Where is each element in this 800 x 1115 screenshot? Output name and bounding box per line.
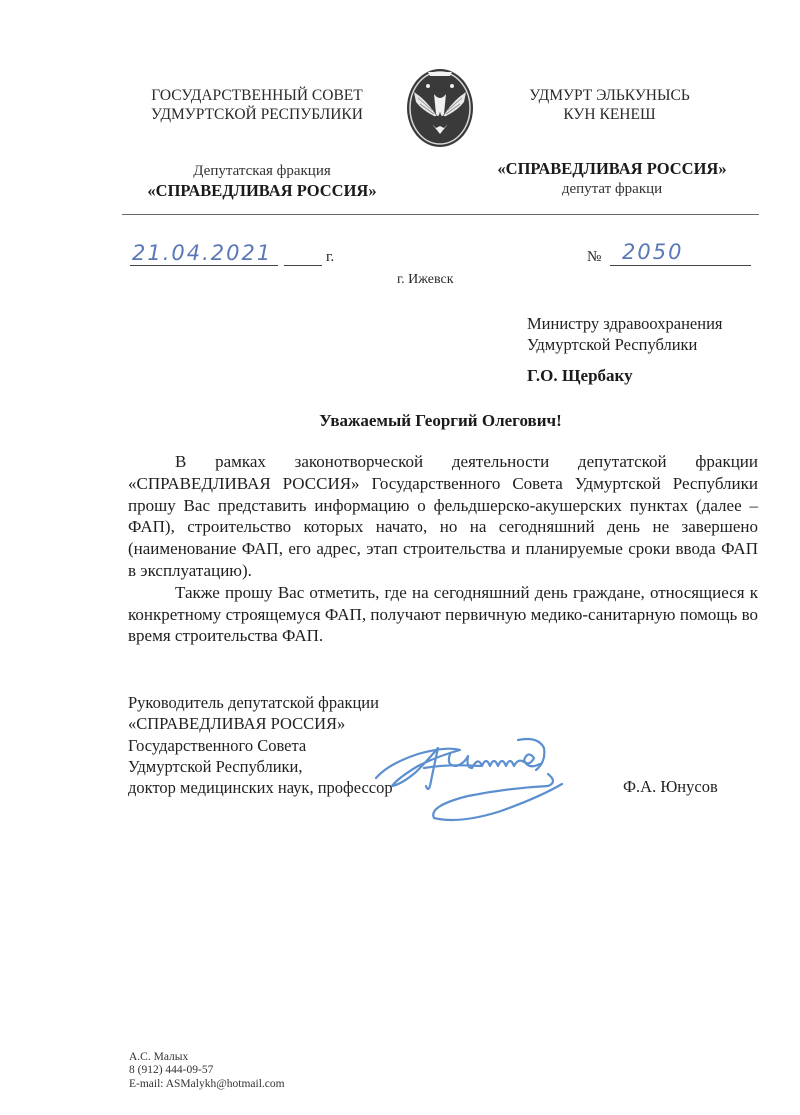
position-line: Государственного Совета — [128, 735, 393, 756]
body-paragraph: Также прошу Вас отметить, где на сегодня… — [128, 582, 758, 647]
executor-contacts: А.С. Малых 8 (912) 444-09-57 E-mail: ASM… — [129, 1051, 285, 1091]
body-paragraph: В рамках законотворческой деятельности д… — [128, 451, 758, 582]
position-line: Удмуртской Республики, — [128, 756, 393, 777]
fraction-label-right: «СПРАВЕДЛИВАЯ РОССИЯ» депутат фракци — [487, 159, 737, 199]
executor-phone: 8 (912) 444-09-57 — [129, 1064, 285, 1077]
executor-name: А.С. Малых — [129, 1051, 285, 1064]
addressee-position: Министру здравоохранения Удмуртской Респ… — [527, 313, 723, 355]
fraction-name: «СПРАВЕДЛИВАЯ РОССИЯ» — [122, 181, 402, 201]
position-line: Руководитель депутатской фракции — [128, 692, 393, 713]
date-underline — [130, 265, 278, 266]
org-name-line: Кун Кенеш — [492, 105, 727, 124]
addressee-name: Г.О. Щербаку — [527, 366, 633, 386]
executor-email: E-mail: ASMalykh@hotmail.com — [129, 1078, 285, 1091]
fraction-type: депутат фракци — [487, 179, 737, 199]
position-line: доктор медицинских наук, профессор — [128, 777, 393, 798]
header-divider — [122, 214, 759, 215]
number-underline — [610, 265, 751, 266]
udmurt-coat-of-arms-icon — [404, 66, 476, 150]
org-name-line: Государственный Совет — [122, 86, 392, 105]
handwritten-number: 2050 — [622, 240, 683, 264]
org-name-udmurt: Удмурт Элькунысь Кун Кенеш — [492, 86, 727, 124]
date-underline — [284, 265, 322, 266]
org-name-line: Удмуртской Республики — [122, 105, 392, 124]
salutation: Уважаемый Георгий Олегович! — [122, 411, 759, 431]
handwritten-signature — [368, 726, 598, 826]
letter-body: В рамках законотворческой деятельности д… — [128, 451, 758, 647]
fraction-label-left: Депутатская фракция «СПРАВЕДЛИВАЯ РОССИЯ… — [122, 161, 402, 201]
city: г. Ижевск — [397, 272, 454, 288]
date-suffix: г. — [326, 249, 334, 266]
addressee-line: Удмуртской Республики — [527, 334, 723, 355]
number-sign: № — [587, 249, 601, 266]
position-line: «СПРАВЕДЛИВАЯ РОССИЯ» — [128, 713, 393, 734]
org-name-russian: Государственный Совет Удмуртской Республ… — [122, 86, 392, 124]
handwritten-date: 21.04.2021 — [132, 241, 272, 265]
fraction-type: Депутатская фракция — [122, 161, 402, 181]
signatory-name: Ф.А. Юнусов — [623, 777, 718, 797]
signatory-position: Руководитель депутатской фракции «СПРАВЕ… — [128, 692, 393, 798]
addressee-line: Министру здравоохранения — [527, 313, 723, 334]
fraction-name: «СПРАВЕДЛИВАЯ РОССИЯ» — [487, 159, 737, 179]
org-name-line: Удмурт Элькунысь — [492, 86, 727, 105]
